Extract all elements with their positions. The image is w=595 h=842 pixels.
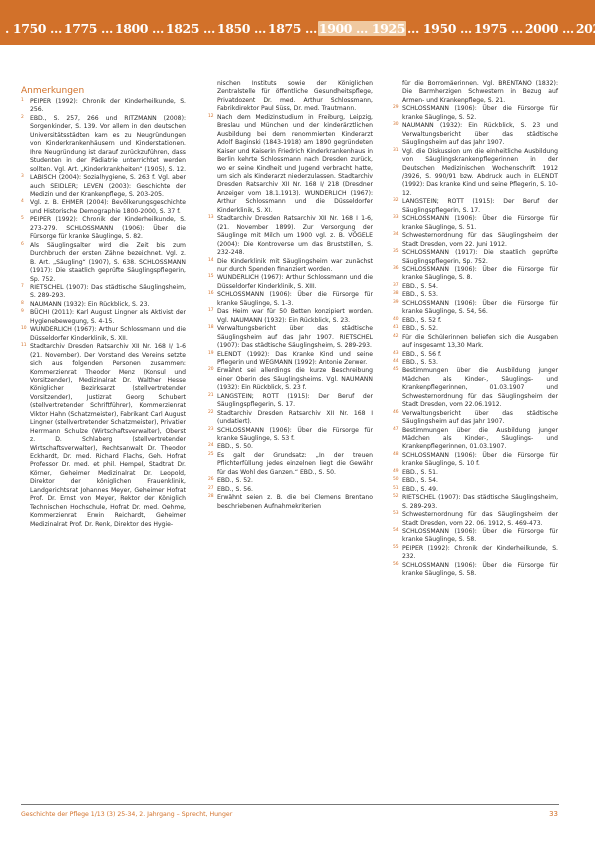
footnote-text: ELENDT (1992): Das Kranke Kind und seine…: [217, 351, 373, 368]
footnote-number: 38: [393, 290, 399, 298]
footnote-number: 7: [21, 283, 24, 291]
footnote: 24EBD., S. 50.: [208, 443, 373, 451]
section-heading: Anmerkungen: [21, 86, 84, 96]
footnote-text: EBD., S. 52.: [402, 325, 558, 333]
timeline-item: 2025 ...: [575, 21, 595, 36]
footnote: 44EBD., S. 53.: [393, 359, 558, 367]
footnote-number: 28: [208, 493, 214, 501]
footnote-number: 40: [393, 316, 399, 324]
footnote-number: 4: [21, 198, 24, 206]
footnote-text: Stadtarchiv Dresden Ratsarchiv XII Nr. 1…: [30, 343, 186, 529]
footnote: 26EBD., S. 52.: [208, 477, 373, 485]
footnote-text: WUNDERLICH (1967): Arthur Schlossmann un…: [217, 274, 373, 291]
footnote-text: EBD., S. 56 f.: [402, 351, 558, 359]
footnote: 39SCHLOSSMANN (1906): Über die Fürsorge …: [393, 300, 558, 317]
footnote-text: Erwähnt sei allerdings die kurze Beschre…: [217, 367, 373, 392]
footnote: 47Bestimmungen über die Ausbildung junge…: [393, 427, 558, 452]
footnote: 56SCHLOSSMANN (1906): Über die Fürsorge …: [393, 562, 558, 579]
footnote: 1PEIPER (1992): Chronik der Kinderheilku…: [21, 98, 186, 115]
footnote-text: Schwesternordnung für das Säuglingsheim …: [402, 511, 558, 528]
footnote-text: EBD., S. 53.: [402, 291, 558, 299]
footnote-text: Es galt der Grundsatz: „In der treuen Pf…: [217, 452, 373, 477]
footnote: 48SCHLOSSMANN (1906): Über die Fürsorge …: [393, 452, 558, 469]
timeline-item: 1975 ...: [473, 21, 524, 36]
footnote-text: nischen Instituts sowie der Königlichen …: [217, 80, 373, 114]
footnote-number: 52: [393, 493, 399, 501]
footnote-number: 45: [393, 366, 399, 374]
footnote-text: SCHLOSSMANN (1906): Über die Fürsorge fü…: [402, 452, 558, 469]
footnote-text: PEIPER (1992): Chronik der Kinderheilkun…: [30, 98, 186, 115]
footnote-number: 2: [21, 114, 24, 122]
footnote-text: SCHLOSSMANN (1906): Über die Fürsorge fü…: [217, 291, 373, 308]
footnote: 25Es galt der Grundsatz: „In der treuen …: [208, 452, 373, 477]
footnote: 53Schwesternordnung für das Säuglingshei…: [393, 511, 558, 528]
timeline-item: 1900 ... 1925: [318, 21, 406, 36]
footnote-text: Die Kinderklinik mit Säuglingsheim war z…: [217, 258, 373, 275]
footnote: 20Erwähnt sei allerdings die kurze Besch…: [208, 367, 373, 392]
footnote-number: 31: [393, 147, 399, 155]
footnote: 31Vgl. die Diskussion um die einheitlich…: [393, 148, 558, 199]
footnote-number: 27: [208, 485, 214, 493]
timeline-item: . 1750 ...: [4, 21, 63, 36]
footnote: 21LANGSTEIN; ROTT (1915): Der Beruf der …: [208, 393, 373, 410]
notes-column-2: nischen Instituts sowie der Königlichen …: [208, 80, 373, 511]
footnote-text: EBD., S. 54.: [402, 477, 558, 485]
footnote-number: 33: [393, 214, 399, 222]
footnote-number: 12: [208, 113, 214, 121]
footnote-text: WUNDERLICH (1967): Arthur Schlossmann un…: [30, 326, 186, 343]
footnote-number: 39: [393, 299, 399, 307]
footnote-number: 29: [393, 104, 399, 112]
footnote-text: Verwaltungsbericht über das städtische S…: [217, 325, 373, 350]
footnote-text: EBD., S. 257, 266 und RITZMANN (2008): S…: [30, 115, 186, 174]
footnote: 29SCHLOSSMANN (1906): Über die Fürsorge …: [393, 105, 558, 122]
footnote-number: 32: [393, 197, 399, 205]
footnote-text: SCHLOSSMANN (1906): Über die Fürsorge fü…: [402, 528, 558, 545]
footnote-text: LABISCH (2004): Sozialhygiene, S. 263 f.…: [30, 174, 186, 199]
footnote-number: 26: [208, 476, 214, 484]
footnote-text: EBD., S. 52.: [217, 477, 373, 485]
footnote-text: Vgl. z. B. EHMER (2004): Bevölkerungsges…: [30, 199, 186, 216]
footnote-number: 13: [208, 214, 214, 222]
footnote-number: 47: [393, 426, 399, 434]
footnote-text: Nach dem Medizinstudium in Freiburg, Lei…: [217, 114, 373, 215]
footnote-number: 54: [393, 527, 399, 535]
footnote-number: 22: [208, 409, 214, 417]
footnote: 41EBD., S. 52.: [393, 325, 558, 333]
footnote: 37EBD., S. 54.: [393, 283, 558, 291]
footnote-text: RIETSCHEL (1907): Das städtische Säuglin…: [30, 284, 186, 301]
footnote-text: SCHLOSSMANN (1917): Die staatlich geprüf…: [402, 249, 558, 266]
footnote-number: 15: [208, 273, 214, 281]
footnote-text: Verwaltungsbericht über das städtische S…: [402, 410, 558, 427]
footnote-number: 21: [208, 392, 214, 400]
footnote-number: 41: [393, 324, 399, 332]
footnote-number: 34: [393, 231, 399, 239]
footnote: 18Verwaltungsbericht über das städtische…: [208, 325, 373, 350]
footnote-number: 3: [21, 173, 24, 181]
footnote-text: LANGSTEIN; ROTT (1915): Der Beruf der Sä…: [402, 198, 558, 215]
footnote-text: Für die Schülerinnen beliefen sich die A…: [402, 334, 558, 351]
footnote-number: 11: [21, 342, 27, 350]
footnote-text: Das Heim war für 50 Betten konzipiert wo…: [217, 308, 373, 325]
footnote: 27EBD., S. 56.: [208, 486, 373, 494]
footnote: 2EBD., S. 257, 266 und RITZMANN (2008): …: [21, 115, 186, 174]
footnote-text: EBD., S. 50.: [217, 443, 373, 451]
footnote-text: Stadtarchiv Dresden Ratsarchiv XII Nr. 1…: [217, 410, 373, 427]
footnote: 15WUNDERLICH (1967): Arthur Schlossmann …: [208, 274, 373, 291]
footnote-text: LANGSTEIN; ROTT (1915): Der Beruf der Sä…: [217, 393, 373, 410]
footnote-number: 48: [393, 451, 399, 459]
footnote-text: Stadtarchiv Dresden Ratsarchiv XII Nr. 1…: [217, 215, 373, 257]
footnote: 36SCHLOSSMANN (1906): Über die Fürsorge …: [393, 266, 558, 283]
footnote-text: SCHLOSSMANN (1906): Über die Fürsorge fü…: [217, 427, 373, 444]
footnote: 49EBD., S. 51.: [393, 469, 558, 477]
footnote-number: 51: [393, 485, 399, 493]
footnote-number: 56: [393, 561, 399, 569]
footnote-number: 9: [21, 308, 24, 316]
footnote-text: EBD., S. 54.: [402, 283, 558, 291]
footnote-text: PEIPER (1992): Chronik der Kinderheilkun…: [30, 216, 186, 241]
footnote: 22Stadtarchiv Dresden Ratsarchiv XII Nr.…: [208, 410, 373, 427]
notes-column-3: für die Borromäerinnen. Vgl. BRENTANO (1…: [393, 80, 558, 579]
footnote-number: 24: [208, 442, 214, 450]
footnote-text: SCHLOSSMANN (1906): Über die Fürsorge fü…: [402, 266, 558, 283]
footnote-text: SCHLOSSMANN (1906): Über die Fürsorge fü…: [402, 105, 558, 122]
footnote: 38EBD., S. 53.: [393, 291, 558, 299]
footnote-text: Bestimmungen über die Ausbildung junger …: [402, 427, 558, 452]
footnote: 30NAUMANN (1932): Ein Rückblick, S. 23 u…: [393, 122, 558, 147]
footnote: 11Stadtarchiv Dresden Ratsarchiv XII Nr.…: [21, 343, 186, 529]
footnote-text: EBD., S. 53.: [402, 359, 558, 367]
timeline-item: 2000 ...: [524, 21, 575, 36]
footnote: 51EBD., S. 49.: [393, 486, 558, 494]
footnote: 14Die Kinderklinik mit Säuglingsheim war…: [208, 258, 373, 275]
footnote: 3LABISCH (2004): Sozialhygiene, S. 263 f…: [21, 174, 186, 199]
timeline-track: . 1750 ... 1775 ... 1800 ... 1825 ... 18…: [4, 21, 595, 36]
footnote: 43EBD., S. 56 f.: [393, 351, 558, 359]
footnote-text: PEIPER (1992): Chronik der Kinderheilkun…: [402, 545, 558, 562]
footnote: 12Nach dem Medizinstudium in Freiburg, L…: [208, 114, 373, 215]
footnote: 42Für die Schülerinnen beliefen sich die…: [393, 334, 558, 351]
footnote-text: BÜCHI (2011): Karl August Lingner als Ak…: [30, 309, 186, 326]
footnote-number: 14: [208, 257, 214, 265]
footnote: 4Vgl. z. B. EHMER (2004): Bevölkerungsge…: [21, 199, 186, 216]
footnote-text: NAUMANN (1932): Ein Rückblick, S. 23 und…: [402, 122, 558, 147]
footnote-text: Erwähnt seien z. B. die bei Clemens Bren…: [217, 494, 373, 511]
footnote-text: SCHLOSSMANN (1906): Über die Fürsorge fü…: [402, 215, 558, 232]
footnote-number: 23: [208, 426, 214, 434]
footnote-number: 46: [393, 409, 399, 417]
footnote-number: 5: [21, 215, 24, 223]
footnote-text: EBD., S. 56.: [217, 486, 373, 494]
footnote: 16SCHLOSSMANN (1906): Über die Fürsorge …: [208, 291, 373, 308]
footnote: 40EBD., S. 52 f.: [393, 317, 558, 325]
footnote-number: 42: [393, 333, 399, 341]
footnote-number: 50: [393, 476, 399, 484]
footnote: 45Bestimmungen über die Ausbildung junge…: [393, 367, 558, 409]
footnote: 52RIETSCHEL (1907): Das städtische Säugl…: [393, 494, 558, 511]
footnote-number: 44: [393, 358, 399, 366]
footnote-text: für die Borromäerinnen. Vgl. BRENTANO (1…: [402, 80, 558, 105]
footnote-number: 55: [393, 544, 399, 552]
footnote-text: RIETSCHEL (1907): Das städtische Säuglin…: [402, 494, 558, 511]
timeline-item: 1775 ...: [63, 21, 114, 36]
footnote: 35SCHLOSSMANN (1917): Die staatlich gepr…: [393, 249, 558, 266]
footnote: 55PEIPER (1992): Chronik der Kinderheilk…: [393, 545, 558, 562]
footnote: 9BÜCHI (2011): Karl August Lingner als A…: [21, 309, 186, 326]
footnote: 34Schwesternordnung für das Säuglingshei…: [393, 232, 558, 249]
footnote-number: 19: [208, 350, 214, 358]
footnote: 19ELENDT (1992): Das Kranke Kind und sei…: [208, 351, 373, 368]
footnote-text: Vgl. die Diskussion um die einheitliche …: [402, 148, 558, 199]
timeline-item: 1825 ...: [165, 21, 216, 36]
footnote-number: 36: [393, 265, 399, 273]
footnote-text: EBD., S. 49.: [402, 486, 558, 494]
footnote-number: 10: [21, 325, 27, 333]
footnote: 50EBD., S. 54.: [393, 477, 558, 485]
footnote-text: SCHLOSSMANN (1906): Über die Fürsorge fü…: [402, 300, 558, 317]
footnote: 23SCHLOSSMANN (1906): Über die Fürsorge …: [208, 427, 373, 444]
footnote-number: 1: [21, 97, 24, 105]
footnote: 33SCHLOSSMANN (1906): Über die Fürsorge …: [393, 215, 558, 232]
footnote-text: SCHLOSSMANN (1906): Über die Fürsorge fü…: [402, 562, 558, 579]
footnote-number: 35: [393, 248, 399, 256]
footnote: 5PEIPER (1992): Chronik der Kinderheilku…: [21, 216, 186, 241]
footnote: 10WUNDERLICH (1967): Arthur Schlossmann …: [21, 326, 186, 343]
footnote: für die Borromäerinnen. Vgl. BRENTANO (1…: [393, 80, 558, 105]
footnote-number: 49: [393, 468, 399, 476]
footnote: 17Das Heim war für 50 Betten konzipiert …: [208, 308, 373, 325]
footnote-number: 20: [208, 366, 214, 374]
footnote-text: EBD., S. 52 f.: [402, 317, 558, 325]
footnote: 54SCHLOSSMANN (1906): Über die Fürsorge …: [393, 528, 558, 545]
footnote-number: 6: [21, 241, 24, 249]
timeline-banner: . 1750 ... 1775 ... 1800 ... 1825 ... 18…: [0, 0, 595, 45]
footer-divider: [21, 804, 559, 805]
footnote-number: 8: [21, 300, 24, 308]
footnote-text: Bestimmungen über die Ausbildung junger …: [402, 367, 558, 409]
footnote: 46Verwaltungsbericht über das städtische…: [393, 410, 558, 427]
footnote-text: EBD., S. 51.: [402, 469, 558, 477]
footnote: 6Als Säuglingsalter wird die Zeit bis zu…: [21, 242, 186, 284]
timeline-item: 1800 ...: [114, 21, 165, 36]
timeline-item: 1850 ...: [216, 21, 267, 36]
footnote: nischen Instituts sowie der Königlichen …: [208, 80, 373, 114]
page-number: 33: [549, 810, 558, 818]
timeline-item: 1875 ...: [267, 21, 318, 36]
footer-journal: Geschichte der Pflege 1/13 (3) 25-34, 2.…: [21, 811, 232, 818]
footnote-number: 37: [393, 282, 399, 290]
footnote-number: 18: [208, 324, 214, 332]
footnote: 28Erwähnt seien z. B. die bei Clemens Br…: [208, 494, 373, 511]
footnote-number: 17: [208, 307, 214, 315]
footnote-number: 30: [393, 121, 399, 129]
timeline-item: ... 1950 ...: [406, 21, 473, 36]
footnote-number: 25: [208, 451, 214, 459]
footnote: 32LANGSTEIN; ROTT (1915): Der Beruf der …: [393, 198, 558, 215]
notes-column-1: 1PEIPER (1992): Chronik der Kinderheilku…: [21, 98, 186, 529]
footnote-text: Schwesternordnung für das Säuglingsheim …: [402, 232, 558, 249]
footnote-number: 16: [208, 290, 214, 298]
footnote-number: 43: [393, 350, 399, 358]
footnote: 7RIETSCHEL (1907): Das städtische Säugli…: [21, 284, 186, 301]
footnote-number: 53: [393, 510, 399, 518]
footnote: 13Stadtarchiv Dresden Ratsarchiv XII Nr.…: [208, 215, 373, 257]
footnote-text: Als Säuglingsalter wird die Zeit bis zum…: [30, 242, 186, 284]
